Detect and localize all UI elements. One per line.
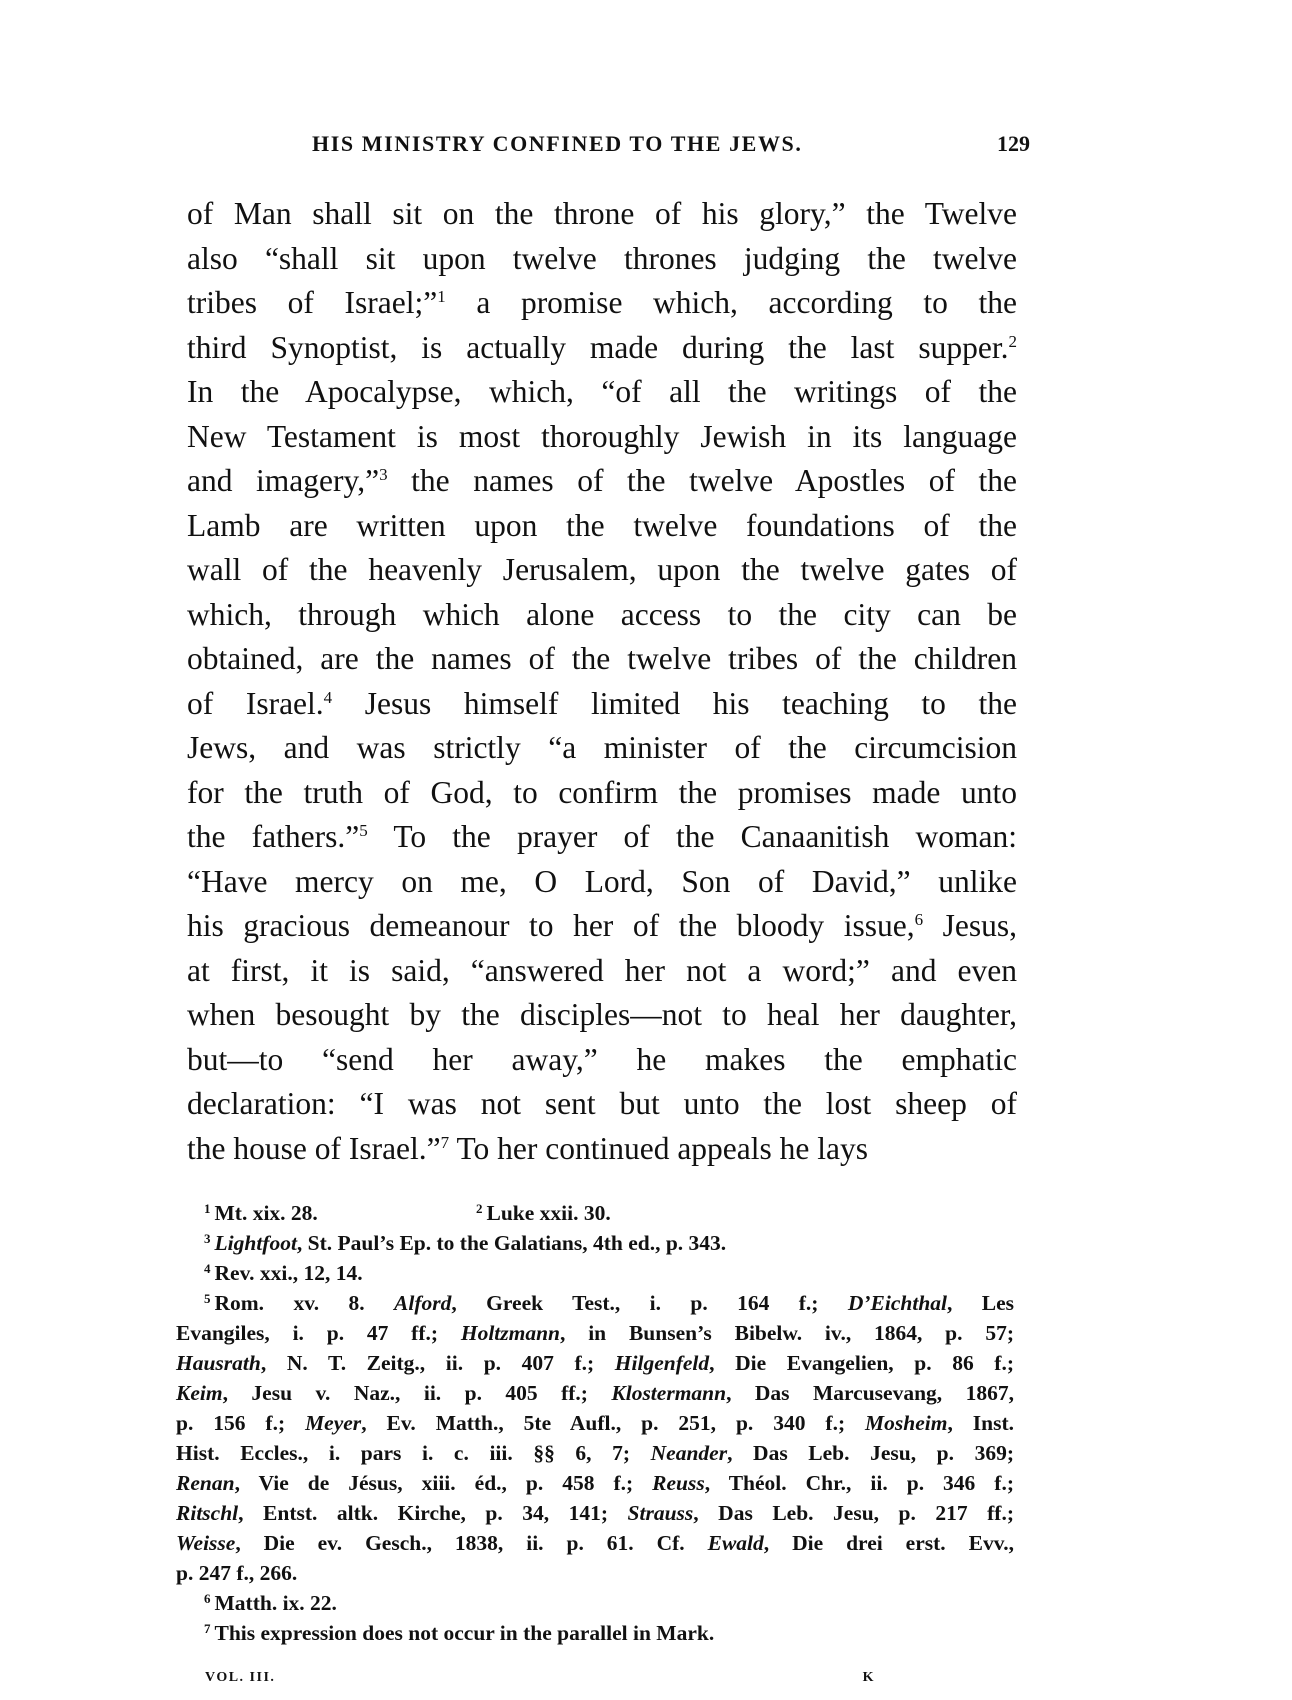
footnote-author: Lightfoot bbox=[215, 1231, 297, 1255]
page-number: 129 bbox=[997, 131, 1030, 157]
volume-label: VOL. III. bbox=[205, 1670, 275, 1686]
footnote-2: 2Luke xxii. 30. bbox=[476, 1198, 611, 1228]
footnote-3: 3Lightfoot, St. Paul’s Ep. to the Galati… bbox=[176, 1228, 1014, 1258]
footnote-text: , Théol. Chr., ii. p. 346 f.; bbox=[705, 1471, 1014, 1495]
footnote-text: p. 156 f.; bbox=[176, 1411, 305, 1435]
footnote-text: Rom. xv. 8. bbox=[215, 1291, 395, 1315]
footnote-line: p. 247 f., 266. bbox=[176, 1558, 1014, 1588]
running-title: HIS MINISTRY CONFINED TO THE JEWS. bbox=[312, 131, 802, 157]
cited-author: Mosheim bbox=[865, 1411, 947, 1435]
footnote-reference: 1 bbox=[437, 287, 446, 306]
cited-author: Ritschl bbox=[176, 1501, 238, 1525]
running-head: HIS MINISTRY CONFINED TO THE JEWS. 129 bbox=[312, 131, 1030, 167]
text-segment: but—to “send her away,” he makes the emp… bbox=[187, 1042, 1017, 1077]
footnote-text: , in Bunsen’s Bibelw. iv., 1864, p. 57; bbox=[560, 1321, 1014, 1345]
text-line: the house of Israel.”7 To her continued … bbox=[187, 1127, 1017, 1172]
text-segment: the fathers.” bbox=[187, 819, 359, 854]
text-segment: “Have mercy on me, O Lord, Son of David,… bbox=[187, 864, 1017, 899]
text-segment: In the Apocalypse, which, “of all the wr… bbox=[187, 374, 1017, 409]
footnote-reference: 4 bbox=[324, 688, 333, 707]
text-segment: the names of the twelve Apostles of the bbox=[388, 463, 1017, 498]
text-line: declaration: “I was not sent but unto th… bbox=[187, 1082, 1017, 1127]
footnote-text: , St. Paul’s Ep. to the Galatians, 4th e… bbox=[297, 1231, 726, 1255]
text-segment: of Man shall sit on the throne of his gl… bbox=[187, 196, 1017, 231]
cited-author: Ewald bbox=[708, 1531, 764, 1555]
footnote-text: , N. T. Zeitg., ii. p. 407 f.; bbox=[261, 1351, 615, 1375]
footnote-mark: 1 bbox=[204, 1201, 211, 1216]
footnote-7: 7This expression does not occur in the p… bbox=[176, 1618, 1014, 1648]
footnote-mark: 3 bbox=[204, 1231, 211, 1246]
text-segment: for the truth of God, to confirm the pro… bbox=[187, 775, 1017, 810]
footnote-reference: 2 bbox=[1009, 332, 1018, 351]
text-segment: when besought by the disciples—not to he… bbox=[187, 997, 1017, 1032]
footnote-mark: 2 bbox=[476, 1201, 483, 1216]
footnote-text: , Vie de Jésus, xiii. éd., p. 458 f.; bbox=[235, 1471, 653, 1495]
cited-author: Weisse bbox=[176, 1531, 235, 1555]
text-line: his gracious demeanour to her of the blo… bbox=[187, 904, 1017, 949]
footnote-reference: 5 bbox=[359, 821, 368, 840]
cited-author: Reuss bbox=[652, 1471, 705, 1495]
text-segment: the house of Israel.” bbox=[187, 1131, 441, 1166]
main-text: of Man shall sit on the throne of his gl… bbox=[187, 192, 1017, 1171]
cited-author: Hausrath bbox=[176, 1351, 261, 1375]
text-line: when besought by the disciples—not to he… bbox=[187, 993, 1017, 1038]
cited-author: Hilgenfeld bbox=[615, 1351, 709, 1375]
footnote-text: , Les bbox=[947, 1291, 1014, 1315]
footnote-text: Luke xxii. 30. bbox=[487, 1201, 611, 1225]
text-segment: third Synoptist, is actually made during… bbox=[187, 330, 1009, 365]
footnotes: 1Mt. xix. 28. 2Luke xxii. 30. 3Lightfoot… bbox=[176, 1198, 1014, 1648]
footnote-reference: 7 bbox=[441, 1133, 450, 1152]
footnote-text: , Die ev. Gesch., 1838, ii. p. 61. Cf. bbox=[235, 1531, 707, 1555]
cited-author: Klostermann bbox=[611, 1381, 726, 1405]
footnote-text: , Jesu v. Naz., ii. p. 405 ff.; bbox=[223, 1381, 612, 1405]
text-segment: obtained, are the names of the twelve tr… bbox=[187, 641, 1017, 676]
text-segment: declaration: “I was not sent but unto th… bbox=[187, 1086, 1017, 1121]
footnote-text: Hist. Eccles., i. pars i. c. iii. §§ 6, … bbox=[176, 1441, 651, 1465]
cited-author: Neander bbox=[651, 1441, 727, 1465]
footnote-text: , Das Marcusevang, 1867, bbox=[726, 1381, 1014, 1405]
footnote-reference: 3 bbox=[379, 465, 388, 484]
text-line: the fathers.”5 To the prayer of the Cana… bbox=[187, 815, 1017, 860]
text-line: wall of the heavenly Jerusalem, upon the… bbox=[187, 548, 1017, 593]
footnote-5: 5Rom. xv. 8. Alford, Greek Test., i. p. … bbox=[176, 1288, 1014, 1588]
footnote-text: This expression does not occur in the pa… bbox=[215, 1621, 715, 1645]
text-segment: at first, it is said, “answered her not … bbox=[187, 953, 1017, 988]
footnote-text: , Die Evangelien, p. 86 f.; bbox=[709, 1351, 1014, 1375]
text-segment: wall of the heavenly Jerusalem, upon the… bbox=[187, 552, 1017, 587]
footnote-text: , Entst. altk. Kirche, p. 34, 141; bbox=[238, 1501, 627, 1525]
text-segment: his gracious demeanour to her of the blo… bbox=[187, 908, 915, 943]
footnote-mark: 6 bbox=[204, 1591, 211, 1606]
text-line: also “shall sit upon twelve thrones judg… bbox=[187, 237, 1017, 282]
text-line: of Man shall sit on the throne of his gl… bbox=[187, 192, 1017, 237]
text-segment: tribes of Israel;” bbox=[187, 285, 437, 320]
footnote-line: 5Rom. xv. 8. Alford, Greek Test., i. p. … bbox=[176, 1288, 1014, 1318]
text-line: and imagery,”3 the names of the twelve A… bbox=[187, 459, 1017, 504]
text-line: Jews, and was strictly “a minister of th… bbox=[187, 726, 1017, 771]
footnote-text: , Das Leb. Jesu, p. 217 ff.; bbox=[693, 1501, 1014, 1525]
text-line: for the truth of God, to confirm the pro… bbox=[187, 771, 1017, 816]
footnote-4: 4Rev. xxi., 12, 14. bbox=[176, 1258, 1014, 1288]
footnote-text: Matth. ix. 22. bbox=[215, 1591, 337, 1615]
cited-author: D’Eichthal bbox=[848, 1291, 947, 1315]
text-segment: Jesus, bbox=[923, 908, 1017, 943]
text-segment: also “shall sit upon twelve thrones judg… bbox=[187, 241, 1017, 276]
text-line: Lamb are written upon the twelve foundat… bbox=[187, 504, 1017, 549]
footnote-mark: 7 bbox=[204, 1621, 211, 1636]
footnote-row-1-2: 1Mt. xix. 28. 2Luke xxii. 30. bbox=[176, 1198, 1014, 1228]
footnote-text: Evangiles, i. p. 47 ff.; bbox=[176, 1321, 461, 1345]
footnote-line: Renan, Vie de Jésus, xiii. éd., p. 458 f… bbox=[176, 1468, 1014, 1498]
footnote-line: Weisse, Die ev. Gesch., 1838, ii. p. 61.… bbox=[176, 1528, 1014, 1558]
cited-author: Strauss bbox=[628, 1501, 694, 1525]
footnote-text: , Ev. Matth., 5te Aufl., p. 251, p. 340 … bbox=[361, 1411, 865, 1435]
text-line: third Synoptist, is actually made during… bbox=[187, 326, 1017, 371]
text-segment: New Testament is most thoroughly Jewish … bbox=[187, 419, 1017, 454]
footnote-reference: 6 bbox=[915, 910, 924, 929]
text-segment: To the prayer of the Canaanitish woman: bbox=[368, 819, 1017, 854]
footnote-text: , Das Leb. Jesu, p. 369; bbox=[727, 1441, 1014, 1465]
cited-author: Renan bbox=[176, 1471, 235, 1495]
footnote-line: p. 156 f.; Meyer, Ev. Matth., 5te Aufl.,… bbox=[176, 1408, 1014, 1438]
text-segment: Lamb are written upon the twelve foundat… bbox=[187, 508, 1017, 543]
text-segment: and imagery,” bbox=[187, 463, 379, 498]
text-line: In the Apocalypse, which, “of all the wr… bbox=[187, 370, 1017, 415]
cited-author: Keim bbox=[176, 1381, 223, 1405]
footnote-line: Evangiles, i. p. 47 ff.; Holtzmann, in B… bbox=[176, 1318, 1014, 1348]
footnote-text: Mt. xix. 28. bbox=[215, 1201, 318, 1225]
text-segment: a promise which, according to the bbox=[446, 285, 1017, 320]
footnote-6: 6Matth. ix. 22. bbox=[176, 1588, 1014, 1618]
text-line: at first, it is said, “answered her not … bbox=[187, 949, 1017, 994]
text-line: “Have mercy on me, O Lord, Son of David,… bbox=[187, 860, 1017, 905]
footnote-text: , Greek Test., i. p. 164 f.; bbox=[451, 1291, 847, 1315]
signature-mark: K bbox=[863, 1670, 875, 1686]
text-segment: To her continued appeals he lays bbox=[449, 1131, 868, 1166]
footnote-mark: 4 bbox=[204, 1261, 211, 1276]
footnote-line: Hist. Eccles., i. pars i. c. iii. §§ 6, … bbox=[176, 1438, 1014, 1468]
text-segment: which, through which alone access to the… bbox=[187, 597, 1017, 632]
footnote-line: Hausrath, N. T. Zeitg., ii. p. 407 f.; H… bbox=[176, 1348, 1014, 1378]
text-line: tribes of Israel;”1 a promise which, acc… bbox=[187, 281, 1017, 326]
footnote-1: 1Mt. xix. 28. bbox=[204, 1201, 318, 1225]
text-line: obtained, are the names of the twelve tr… bbox=[187, 637, 1017, 682]
text-line: New Testament is most thoroughly Jewish … bbox=[187, 415, 1017, 460]
text-line: which, through which alone access to the… bbox=[187, 593, 1017, 638]
text-line: but—to “send her away,” he makes the emp… bbox=[187, 1038, 1017, 1083]
footnote-line: Keim, Jesu v. Naz., ii. p. 405 ff.; Klos… bbox=[176, 1378, 1014, 1408]
footnote-line: Ritschl, Entst. altk. Kirche, p. 34, 141… bbox=[176, 1498, 1014, 1528]
footnote-text: , Inst. bbox=[947, 1411, 1014, 1435]
footnote-text: , Die drei erst. Evv., bbox=[764, 1531, 1014, 1555]
footnote-text: p. 247 f., 266. bbox=[176, 1561, 297, 1585]
text-segment: Jews, and was strictly “a minister of th… bbox=[187, 730, 1017, 765]
footnote-text: Rev. xxi., 12, 14. bbox=[215, 1261, 363, 1285]
text-line: of Israel.4 Jesus himself limited his te… bbox=[187, 682, 1017, 727]
cited-author: Holtzmann bbox=[461, 1321, 560, 1345]
cited-author: Alford bbox=[394, 1291, 451, 1315]
book-page: HIS MINISTRY CONFINED TO THE JEWS. 129 o… bbox=[0, 0, 1292, 1700]
text-segment: Jesus himself limited his teaching to th… bbox=[332, 686, 1017, 721]
cited-author: Meyer bbox=[305, 1411, 361, 1435]
footnote-mark: 5 bbox=[204, 1291, 211, 1306]
text-segment: of Israel. bbox=[187, 686, 324, 721]
